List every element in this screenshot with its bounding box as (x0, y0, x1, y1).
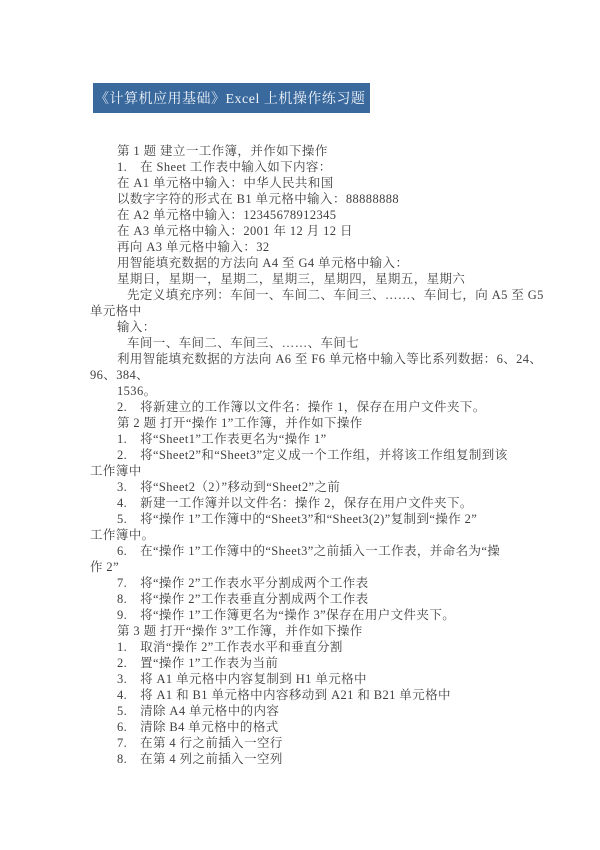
document-line: 作 2” (90, 559, 550, 575)
document-line: 在 A3 单元格中输入：2001 年 12 月 12 日 (90, 223, 550, 239)
document-line: 4. 新建一工作簿并以文件名：操作 2，保存在用户文件夹下。 (90, 495, 550, 511)
document-line: 在 A2 单元格中输入：12345678912345 (90, 207, 550, 223)
document-line: 7. 将“操作 2”工作表水平分割成两个工作表 (90, 575, 550, 591)
document-line: 以数字字符的形式在 B1 单元格中输入：88888888 (90, 191, 550, 207)
document-line: 5. 清除 A4 单元格中的内容 (90, 703, 550, 719)
document-line: 2. 置“操作 1”工作表为当前 (90, 655, 550, 671)
document-line: 3. 将“Sheet2（2）”移动到“Sheet2”之前 (90, 479, 550, 495)
document-line: 第 2 题 打开“操作 1”工作簿，并作如下操作 (90, 415, 550, 431)
document-line: 第 1 题 建立一工作簿，并作如下操作 (90, 143, 550, 159)
document-line: 工作簿中 (90, 463, 550, 479)
document-line: 输入： (90, 319, 550, 335)
document-line: 2. 将新建立的工作簿以文件名：操作 1，保存在用户文件夹下。 (90, 399, 550, 415)
document-title-highlight: 《计算机应用基础》Excel 上机操作练习题 (93, 83, 370, 113)
document-line: 1. 取消“操作 2”工作表水平和垂直分割 (90, 639, 550, 655)
document-line: 8. 将“操作 2”工作表垂直分割成两个工作表 (90, 591, 550, 607)
document-title: 《计算机应用基础》Excel 上机操作练习题 (95, 88, 365, 108)
document-line: 9. 将“操作 1”工作簿更名为“操作 3”保存在用户文件夹下。 (90, 607, 550, 623)
document-line: 2. 将“Sheet2”和“Sheet3”定义成一个工作组，并将该工作组复制到该 (90, 447, 550, 463)
document-line: 7. 在第 4 行之前插入一空行 (90, 735, 550, 751)
document-line: 用智能填充数据的方法向 A4 至 G4 单元格中输入： (90, 255, 550, 271)
document-line: 在 A1 单元格中输入：中华人民共和国 (90, 175, 550, 191)
document-line: 先定义填充序列：车间一、车间二、车间三、……、车间七，向 A5 至 G5 (90, 287, 550, 303)
document-line: 利用智能填充数据的方法向 A6 至 F6 单元格中输入等比系列数据：6、24、 (90, 351, 550, 367)
document-line: 6. 清除 B4 单元格中的格式 (90, 719, 550, 735)
document-line: 1536。 (90, 383, 550, 399)
document-line: 第 3 题 打开“操作 3”工作簿，并作如下操作 (90, 623, 550, 639)
document-line: 4. 将 A1 和 B1 单元格中内容移动到 A21 和 B21 单元格中 (90, 687, 550, 703)
document-lines: 第 1 题 建立一工作簿，并作如下操作1. 在 Sheet 工作表中输入如下内容… (90, 143, 550, 767)
document-page: 《计算机应用基础》Excel 上机操作练习题 第 1 题 建立一工作簿，并作如下… (0, 0, 600, 850)
document-line: 8. 在第 4 列之前插入一空列 (90, 751, 550, 767)
document-line: 1. 将“Sheet1”工作表更名为“操作 1” (90, 431, 550, 447)
document-line: 6. 在“操作 1”工作簿中的“Sheet3”之前插入一工作表，并命名为“操 (90, 543, 550, 559)
document-line: 3. 将 A1 单元格中内容复制到 H1 单元格中 (90, 671, 550, 687)
document-line: 单元格中 (90, 303, 550, 319)
document-line: 96、384、 (90, 367, 550, 383)
document-line: 5. 将“操作 1”工作簿中的“Sheet3”和“Sheet3(2)”复制到“操… (90, 511, 550, 527)
document-line: 1. 在 Sheet 工作表中输入如下内容： (90, 159, 550, 175)
document-line: 再向 A3 单元格中输入：32 (90, 239, 550, 255)
document-line: 车间一、车间二、车间三、……、车间七 (90, 335, 550, 351)
document-line: 工作簿中。 (90, 527, 550, 543)
document-line: 星期日，星期一，星期二，星期三，星期四，星期五，星期六 (90, 271, 550, 287)
